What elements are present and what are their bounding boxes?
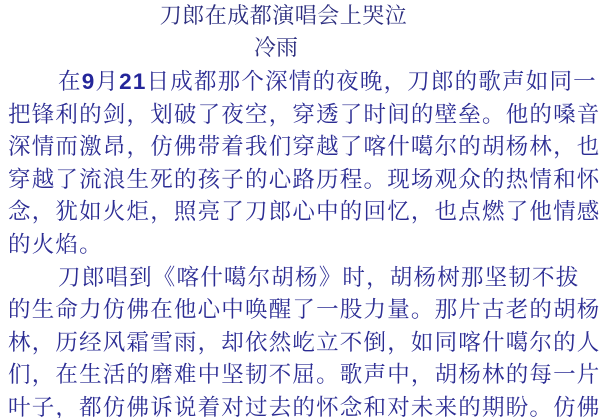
article-body: 在9月21日成都那个深情的夜晚，刀郎的歌声如同一 把锋利的剑，划破了夜空，穿透了…: [8, 66, 602, 418]
text-segment: 月: [95, 69, 119, 95]
date-month-number: 9: [82, 69, 96, 94]
text-line: 在9月21日成都那个深情的夜晚，刀郎的歌声如同一: [8, 66, 602, 99]
text-line: 林，历经风霜雪雨，却依然屹立不倒，如同喀什噶尔的人: [8, 327, 602, 360]
article-title: 刀郎在成都演唱会上哭泣: [0, 2, 607, 32]
text-line-partial: 叶子，都仿佛诉说着对过去的怀念和对未来的期盼。仿佛: [8, 392, 602, 418]
text-line: 的火焰。: [8, 229, 602, 262]
text-line: 穿越了流浪生死的孩子的心路历程。现场观众的热情和怀: [8, 164, 602, 197]
date-day-number: 21: [119, 69, 146, 94]
text-line: 的生命力仿佛在他心中唤醒了一股力量。那片古老的胡杨: [8, 294, 602, 327]
text-line: 把锋利的剑，划破了夜空，穿透了时间的壁垒。他的嗓音: [8, 99, 602, 132]
text-line: 深情而激昂，仿佛带着我们穿越了喀什噶尔的胡杨林，也: [8, 131, 602, 164]
text-line: 念，犹如火炬，照亮了刀郎心中的回忆，也点燃了他情感: [8, 196, 602, 229]
document-page: 刀郎在成都演唱会上哭泣 冷雨 在9月21日成都那个深情的夜晚，刀郎的歌声如同一 …: [0, 0, 607, 418]
text-line: 们，在生活的磨难中坚韧不屈。歌声中，胡杨林的每一片: [8, 359, 602, 392]
text-segment: 日成都那个深情的夜晚，刀郎的歌声如同一: [147, 69, 597, 95]
paragraph-1: 在9月21日成都那个深情的夜晚，刀郎的歌声如同一 把锋利的剑，划破了夜空，穿透了…: [8, 66, 602, 262]
text-line: 刀郎唱到《喀什噶尔胡杨》时，胡杨树那坚韧不拔: [8, 262, 602, 295]
paragraph-2: 刀郎唱到《喀什噶尔胡杨》时，胡杨树那坚韧不拔 的生命力仿佛在他心中唤醒了一股力量…: [8, 262, 602, 418]
text-segment: 在: [58, 69, 82, 95]
article-author: 冷雨: [0, 34, 607, 64]
